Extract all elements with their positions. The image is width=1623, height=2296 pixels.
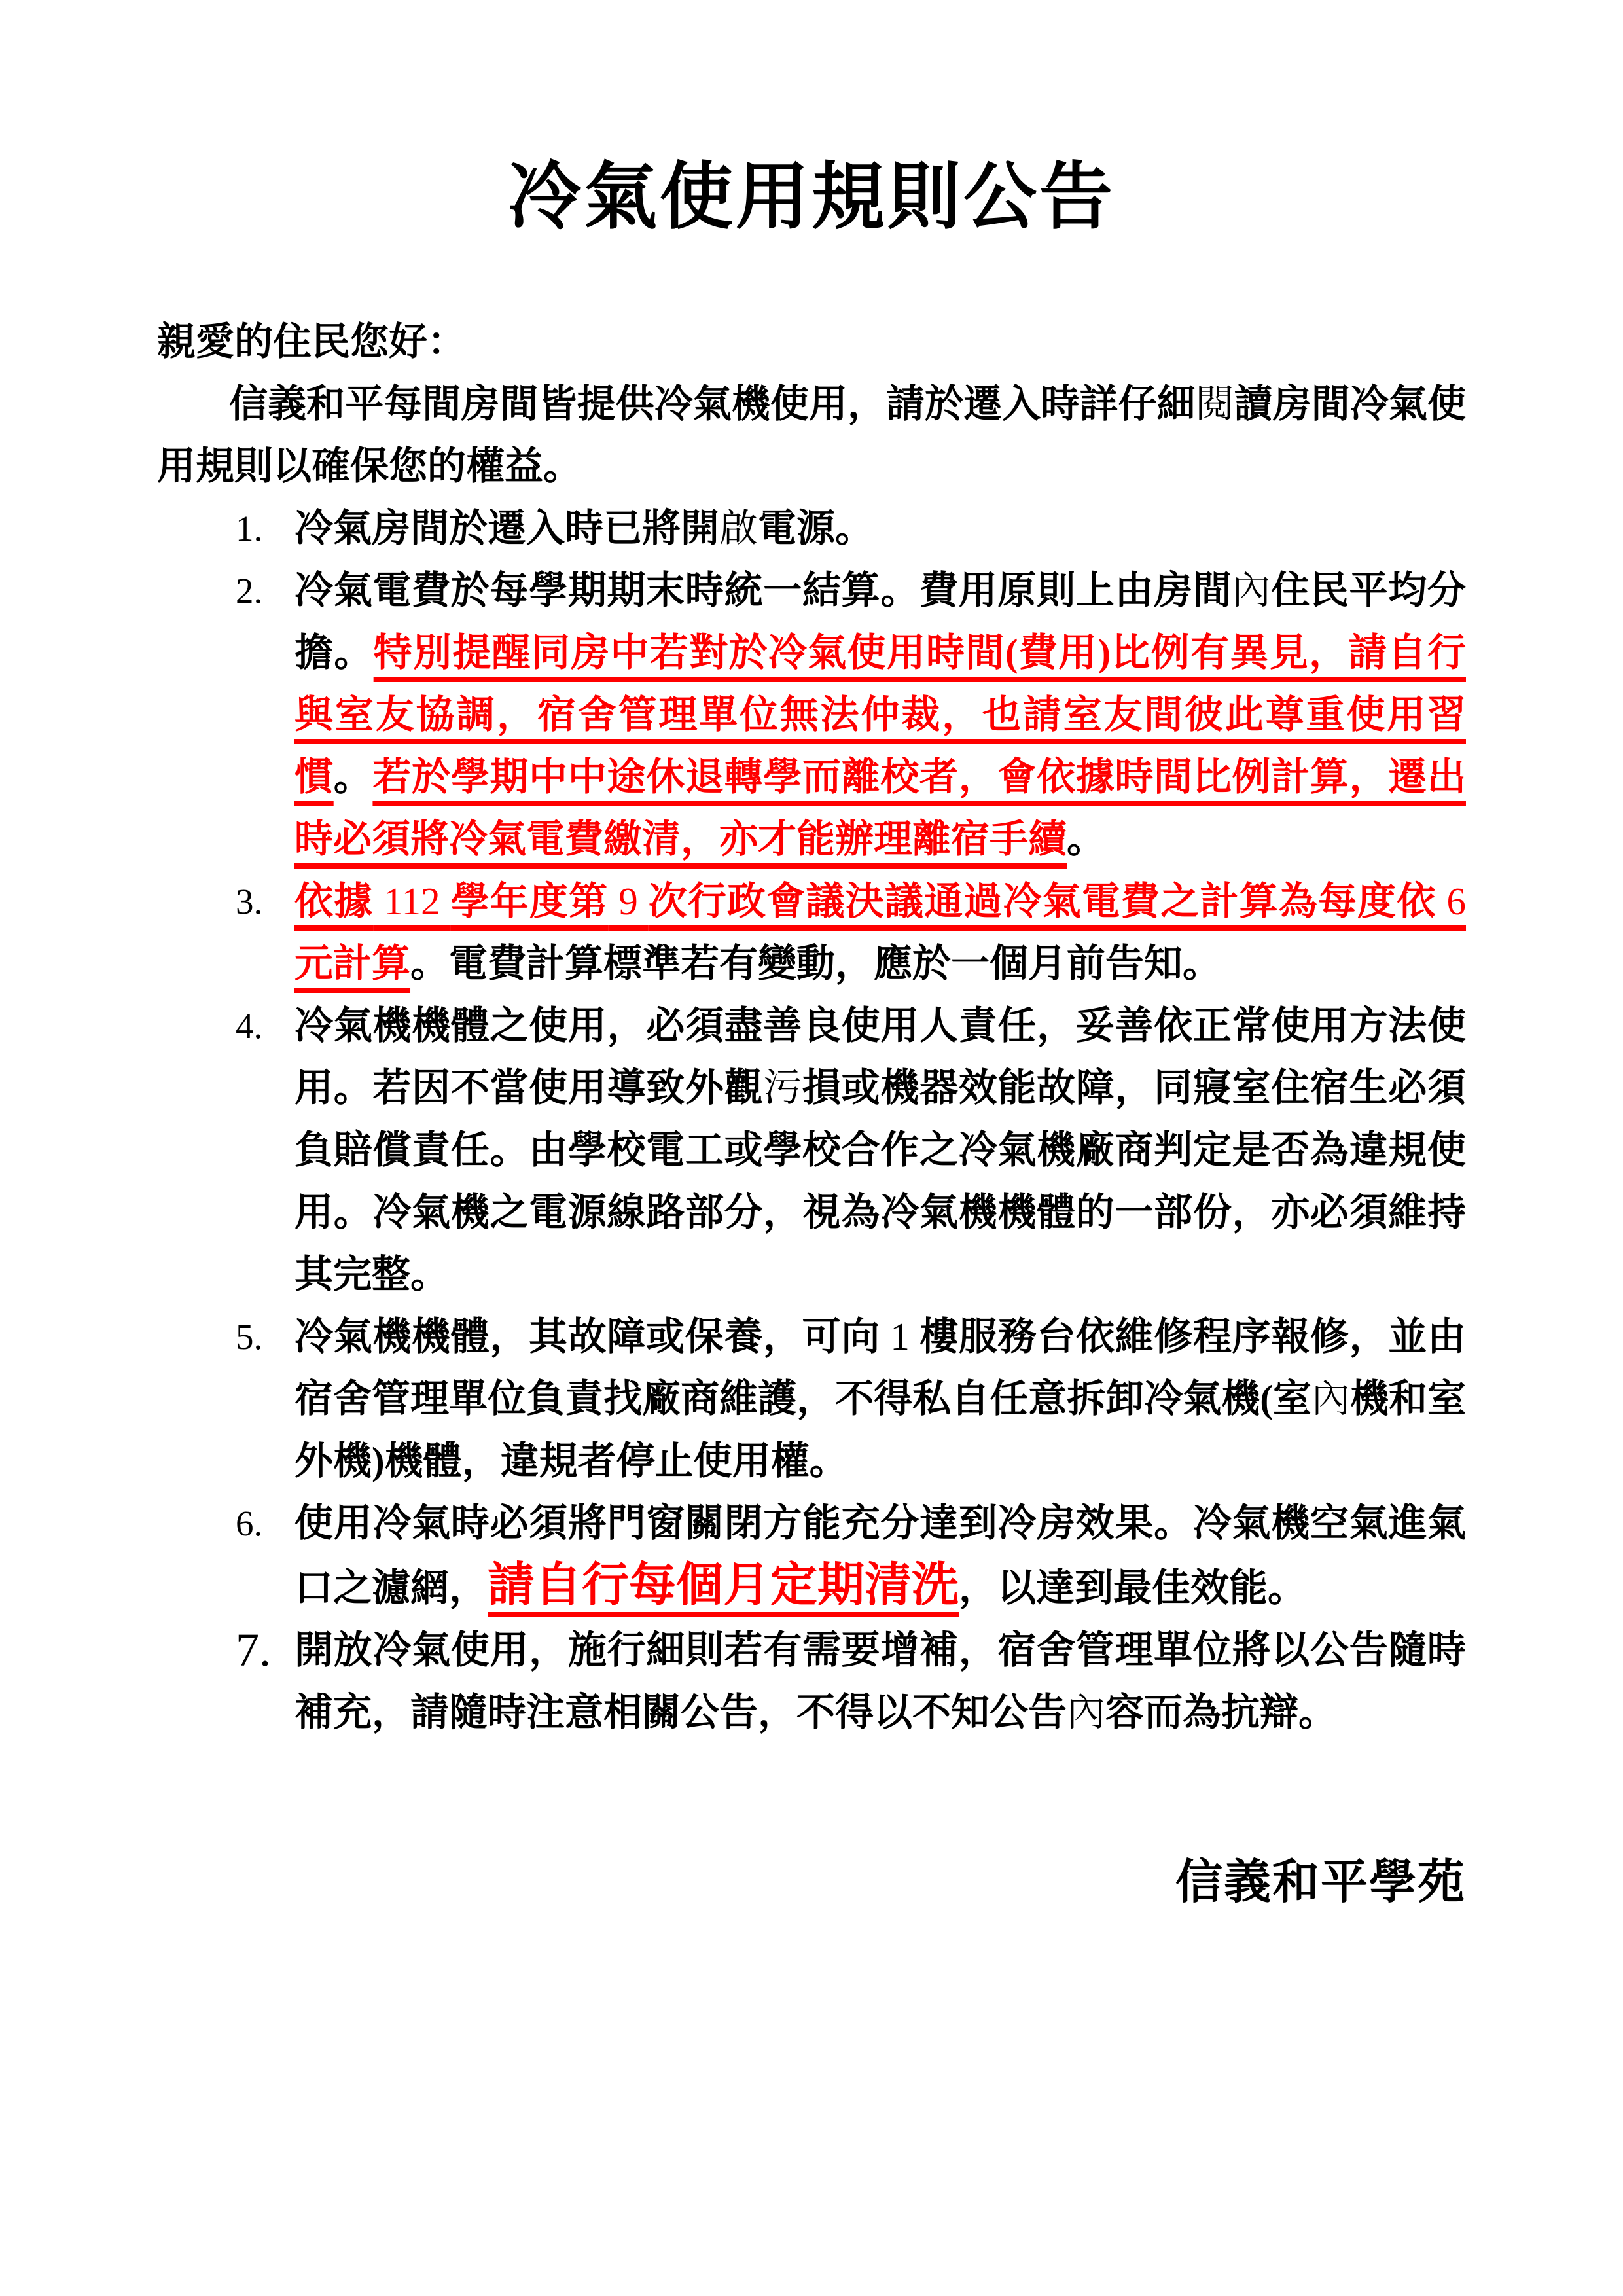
- text-segment: 冷氣機機體，其故障或保養，可向: [294, 1315, 880, 1358]
- rule-item: 6.使用冷氣時必須將門窗關閉方能充分達到冷房效果。冷氣機空氣進氣口之濾網，請自行…: [157, 1492, 1466, 1619]
- rule-item: 4.冷氣機機體之使用，必須盡善良使用人責任，妥善依正常使用方法使用。若因不當使用…: [157, 995, 1466, 1306]
- rule-item: 1.冷氣房間於遷入時已將開啟電源。: [157, 497, 1466, 560]
- text-segment: 容而為抗辯。: [1105, 1691, 1337, 1734]
- rule-text: 依據 112 學年度第 9 次行政會議決議通過冷氣電費之計算為每度依 6 元計算…: [294, 880, 1466, 985]
- rule-text: 冷氣房間於遷入時已將開啟電源。: [294, 507, 874, 550]
- text-segment: 冷氣房間於遷入時已將開: [294, 507, 719, 550]
- text-segment: 9: [608, 880, 648, 923]
- text-segment: 內: [1232, 569, 1272, 612]
- text-segment: 若於學期中中途休退轉學而離校者，會依據時間比例計算，遷出時必須將冷氣電費繳清，亦…: [294, 755, 1466, 861]
- text-segment: 。電費計算標準若有變動，應於一個月前告知。: [410, 942, 1221, 985]
- text-segment: 啟: [719, 507, 758, 550]
- text-segment: 請自行每個月定期清洗: [488, 1559, 959, 1611]
- text-segment: 1: [880, 1315, 919, 1358]
- rule-number: 5.: [236, 1306, 262, 1368]
- text-segment: 元計算: [294, 942, 410, 985]
- rule-text: 冷氣機機體，其故障或保養，可向 1 樓服務台依維修程序報修，並由宿舍管理單位負責…: [294, 1315, 1466, 1482]
- rule-item: 7.開放冷氣使用，施行細則若有需要增補，宿舍管理單位將以公告隨時補充，請隨時注意…: [157, 1619, 1466, 1744]
- rule-item: 2.冷氣電費於每學期期末時統一結算。費用原則上由房間內住民平均分擔。特別提醒同房…: [157, 560, 1466, 870]
- rule-number: 4.: [236, 995, 262, 1057]
- text-segment: 內: [1067, 1691, 1105, 1734]
- text-segment: 。: [334, 755, 373, 798]
- rule-number: 2.: [236, 560, 262, 622]
- text-segment: 。: [1067, 817, 1105, 861]
- signature: 信義和平學苑: [157, 1848, 1466, 1917]
- text-segment: 內: [1311, 1377, 1350, 1420]
- rule-item: 3.依據 112 學年度第 9 次行政會議決議通過冷氣電費之計算為每度依 6 元…: [157, 870, 1466, 995]
- rule-text: 開放冷氣使用，施行細則若有需要增補，宿舍管理單位將以公告隨時補充，請隨時注意相關…: [294, 1628, 1466, 1734]
- rules-list: 1.冷氣房間於遷入時已將開啟電源。2.冷氣電費於每學期期末時統一結算。費用原則上…: [157, 497, 1466, 1744]
- page-title: 冷氣使用規則公告: [157, 154, 1466, 242]
- rule-number: 6.: [236, 1492, 262, 1554]
- text-segment: 污: [763, 1066, 802, 1109]
- text-segment: 學年度第: [451, 880, 609, 923]
- text-segment: 閱: [1196, 382, 1234, 425]
- text-segment: 依據: [294, 880, 373, 923]
- greeting-line: 親愛的住民您好：: [157, 311, 1466, 373]
- rule-number: 7.: [236, 1619, 271, 1681]
- rule-number: 3.: [236, 870, 262, 933]
- intro-paragraph: 信義和平每間房間皆提供冷氣機使用，請於遷入時詳仔細閱讀房間冷氣使用規則以確保您的…: [157, 373, 1466, 497]
- rule-text: 冷氣機機體之使用，必須盡善良使用人責任，妥善依正常使用方法使用。若因不當使用導致…: [294, 1004, 1466, 1296]
- text-segment: 信義和平每間房間皆提供冷氣機使用，請於遷入時詳仔細: [229, 382, 1196, 425]
- document-page: 冷氣使用規則公告 親愛的住民您好： 信義和平每間房間皆提供冷氣機使用，請於遷入時…: [0, 0, 1623, 2296]
- rule-text: 冷氣電費於每學期期末時統一結算。費用原則上由房間內住民平均分擔。特別提醒同房中若…: [294, 569, 1466, 861]
- text-segment: 電源。: [758, 507, 874, 550]
- text-segment: 冷氣電費於每學期期末時統一結算。費用原則上由房間: [294, 569, 1232, 612]
- text-segment: ，以達到最佳效能。: [959, 1566, 1306, 1609]
- text-segment: 112: [373, 880, 450, 923]
- rule-item: 5.冷氣機機體，其故障或保養，可向 1 樓服務台依維修程序報修，並由宿舍管理單位…: [157, 1306, 1466, 1492]
- text-segment: 次行政會議決議通過冷氣電費之計算為每度依: [649, 880, 1436, 923]
- rule-text: 使用冷氣時必須將門窗關閉方能充分達到冷房效果。冷氣機空氣進氣口之濾網，請自行每個…: [294, 1501, 1466, 1609]
- rule-number: 1.: [236, 497, 262, 560]
- text-segment: 6: [1436, 880, 1466, 923]
